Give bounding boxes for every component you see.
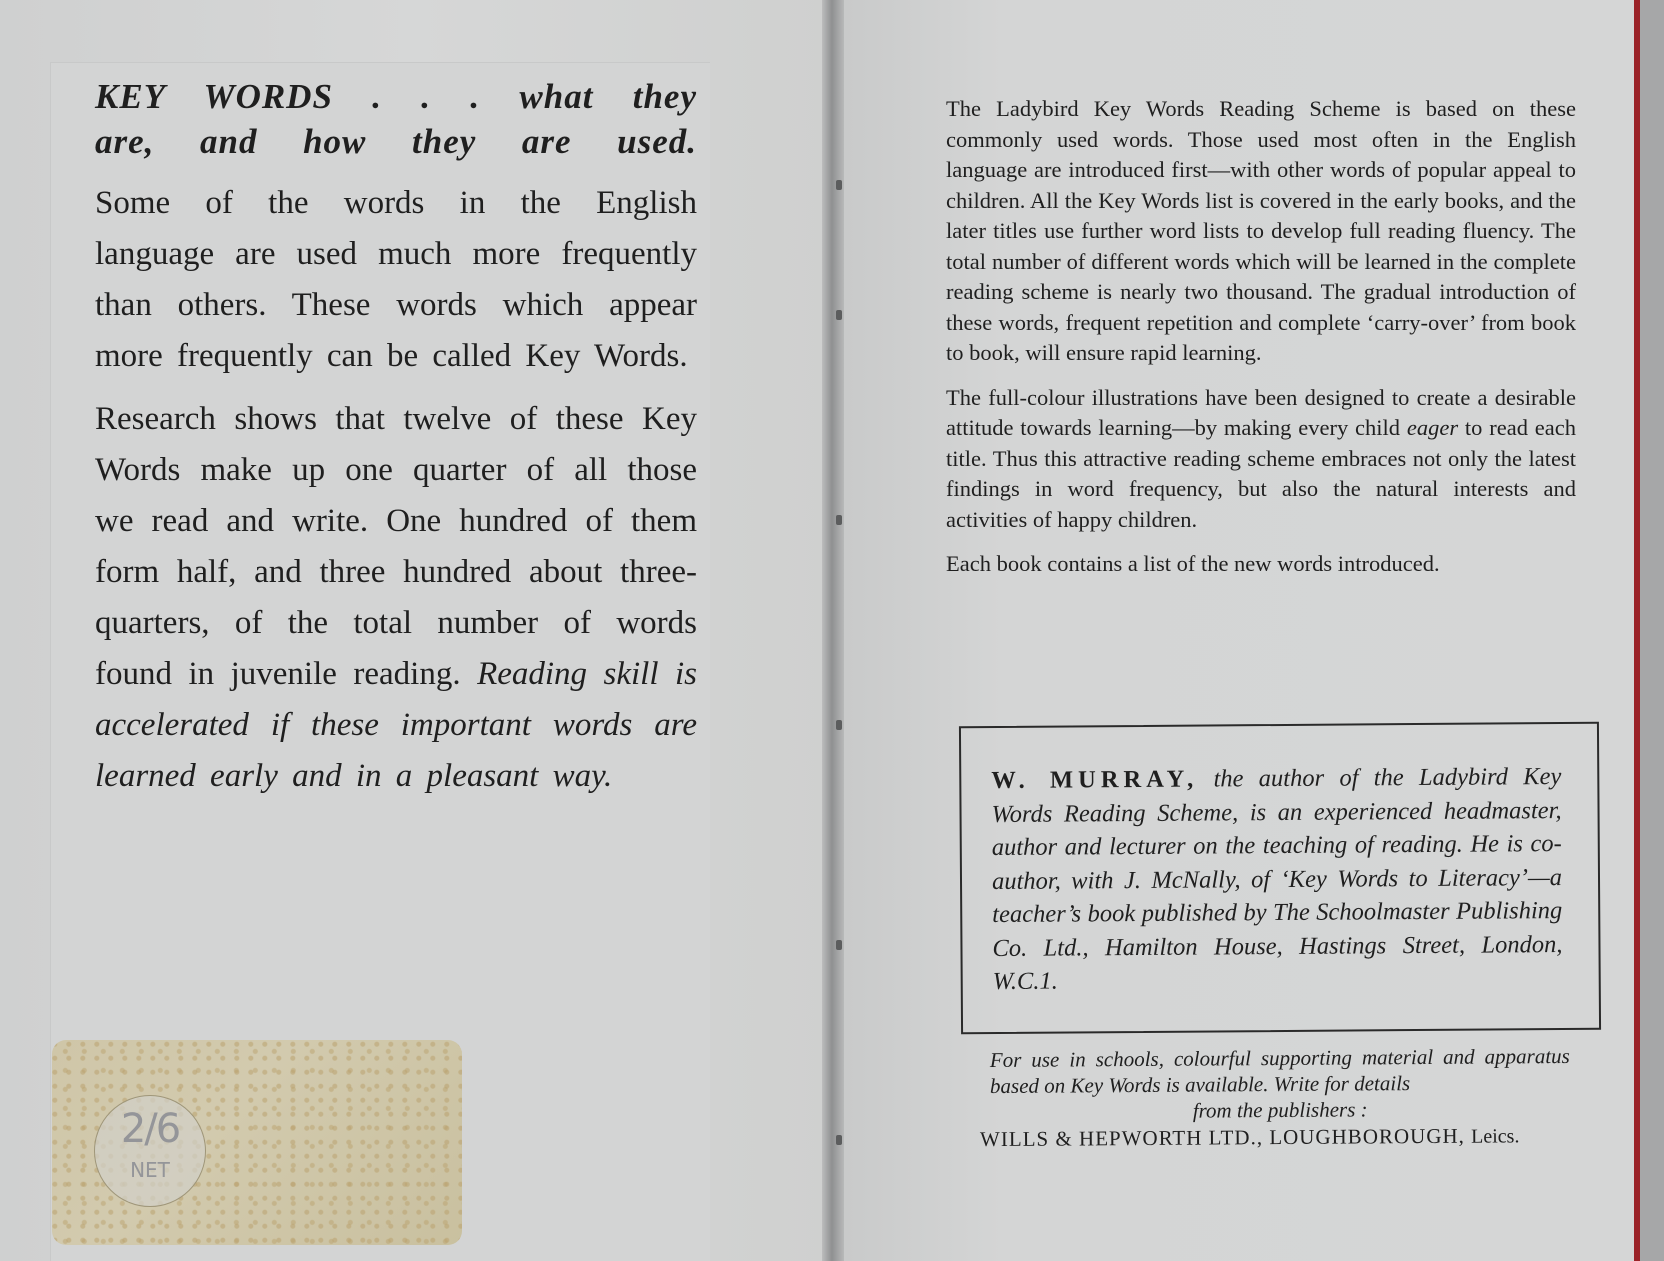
right-page-text: The Ladybird Key Words Reading Scheme is… <box>946 94 1576 594</box>
research-paragraph: Research shows that twelve of these Key … <box>95 394 697 802</box>
binding-stitch <box>836 310 842 320</box>
heading-line-2: are, and how they are used. <box>95 119 697 164</box>
price-value: 2/6 <box>95 1106 205 1152</box>
binding-stitch <box>836 940 842 950</box>
eager-emphasis: eager <box>1407 415 1458 440</box>
heading-line-1: KEY WORDS . . . what they <box>95 74 697 119</box>
schools-note: For use in schools, colourful supporting… <box>990 1043 1571 1125</box>
binding-stitch <box>836 515 842 525</box>
author-box: W. MURRAY, the author of the Ladybird Ke… <box>959 722 1601 1034</box>
author-bio: W. MURRAY, the author of the Ladybird Ke… <box>991 760 1563 998</box>
binding-stitch <box>836 180 842 190</box>
price-stamp: 2/6 NET <box>94 1095 206 1207</box>
schools-note-text: For use in schools, colourful supporting… <box>990 1044 1570 1098</box>
left-page: KEY WORDS . . . what they are, and how t… <box>0 0 830 1261</box>
illustrations-paragraph: The full-colour illustrations have been … <box>946 383 1576 536</box>
author-name: W. MURRAY, <box>991 766 1198 794</box>
price-sticker: 2/6 NET <box>52 1040 462 1245</box>
publisher-line: WILLS & HEPWORTH LTD., LOUGHBOROUGH, Lei… <box>980 1123 1590 1152</box>
section-heading: KEY WORDS . . . what they are, and how t… <box>95 74 697 164</box>
background-surface <box>1640 0 1664 1261</box>
binding-stitch <box>836 720 842 730</box>
binding-stitch <box>836 1135 842 1145</box>
word-list-note: Each book contains a list of the new wor… <box>946 549 1576 580</box>
price-net-label: NET <box>95 1158 205 1182</box>
schools-note-last-line: from the publishers : <box>990 1095 1570 1125</box>
publisher-name: WILLS & HEPWORTH LTD., LOUGHBOROUGH, <box>980 1124 1465 1151</box>
intro-paragraph: Some of the words in the English languag… <box>95 178 697 382</box>
left-page-text: KEY WORDS . . . what they are, and how t… <box>95 74 697 814</box>
research-text: Research shows that twelve of these Key … <box>95 401 697 692</box>
scheme-paragraph: The Ladybird Key Words Reading Scheme is… <box>946 94 1576 369</box>
author-bio-text: the author of the Ladybird Key Words Rea… <box>991 763 1562 995</box>
publisher-county: Leics. <box>1471 1125 1519 1147</box>
